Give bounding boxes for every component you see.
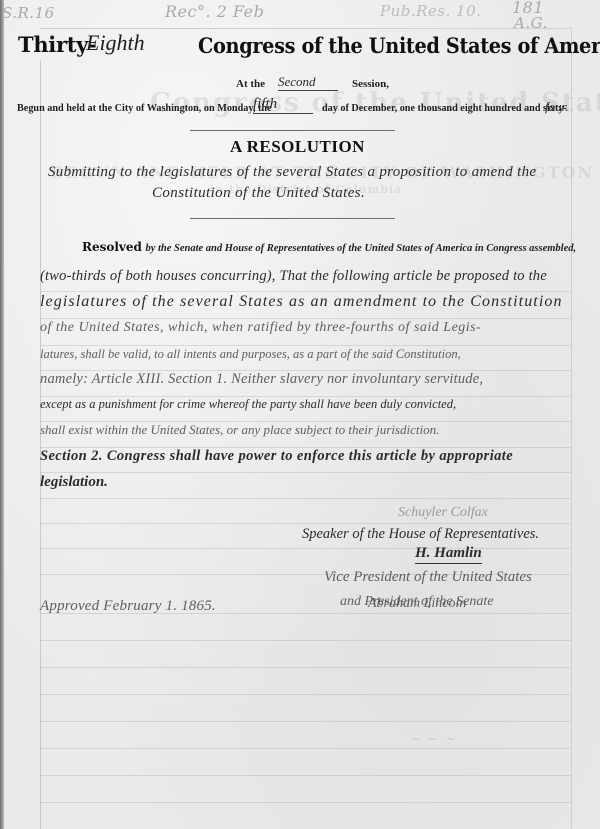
top-rule: [40, 28, 572, 29]
resolved-rest: by the Senate and House of Representativ…: [145, 243, 576, 254]
vice-president-signature: H. Hamlin: [415, 545, 482, 564]
body-line-4: latures, shall be valid, to all intents …: [40, 347, 461, 362]
annotation-sr16: S.R.16: [2, 4, 55, 22]
resolution-heading: A RESOLUTION: [230, 137, 365, 157]
date-text: day of December, one thousand eight hund…: [322, 103, 567, 114]
president-signature: Abraham Lincoln: [368, 596, 466, 612]
ruled-line: [40, 318, 571, 319]
session-suffix: Session,: [352, 78, 389, 90]
heading-top-rule: [190, 130, 395, 131]
ruled-line: [40, 345, 571, 346]
body-line-2: legislatures of the several States as an…: [40, 293, 563, 311]
ruled-line: [40, 748, 571, 749]
ruled-line: [40, 802, 571, 803]
left-margin-line: [40, 60, 41, 829]
annotation-received: Rec°. 2 Feb: [165, 2, 264, 21]
ruled-line: [40, 640, 571, 641]
body-line-3: of the United States, which, when ratifi…: [40, 320, 481, 336]
resolved-word: Resolved: [82, 240, 142, 254]
document-title: Congress of the United States of America…: [198, 33, 600, 58]
ruled-line: [40, 694, 571, 695]
ruled-line: [40, 523, 571, 524]
binding-edge: [0, 0, 4, 829]
ruled-line: [40, 667, 571, 668]
vice-president-title-line-1: Vice President of the United States: [324, 569, 532, 586]
bleed-through-text: ~ ~ ~: [410, 732, 458, 746]
ruled-line: [40, 548, 571, 549]
ruled-line: [40, 721, 571, 722]
begun-text: Begun and held at the City of Washington…: [17, 103, 272, 114]
day-handwritten: fifth: [253, 96, 313, 114]
annotation-pub-res: Pub.Res. 10.: [380, 2, 481, 20]
ruled-line: [40, 498, 571, 499]
speaker-signature: Schuyler Colfax: [398, 505, 488, 521]
resolution-subtitle-line-2: Constitution of the United States.: [152, 185, 365, 202]
congress-number-printed: Thirty-: [18, 32, 96, 57]
body-line-7: shall exist within the United States, or…: [40, 422, 439, 438]
annotation-ag: A.G.: [514, 14, 548, 32]
year-handwritten: four.: [545, 99, 568, 115]
body-line-8: Section 2. Congress shall have power to …: [40, 448, 513, 465]
resolved-clause: Resolved by the Senate and House of Repr…: [82, 240, 576, 254]
body-line-5: namely: Article XIII. Section 1. Neither…: [40, 371, 483, 388]
ruled-line: [40, 472, 571, 473]
ruled-line: [40, 291, 571, 292]
body-line-6: except as a punishment for crime whereof…: [40, 397, 456, 412]
approval-date: Approved February 1. 1865.: [40, 598, 216, 615]
body-line-9: legislation.: [40, 474, 108, 491]
congress-number-handwritten: Eighth: [86, 30, 145, 56]
right-margin-line: [571, 30, 572, 829]
heading-bottom-rule: [190, 218, 395, 219]
session-handwritten: Second: [278, 74, 338, 91]
resolution-subtitle-line-1: Submitting to the legislatures of the se…: [48, 164, 536, 181]
document-page: Congress of the United States BEGUN AND …: [0, 0, 600, 829]
body-line-1: (two-thirds of both houses concurring), …: [40, 268, 547, 285]
session-prefix: At the: [236, 78, 265, 90]
ruled-line: [40, 775, 571, 776]
speaker-title: Speaker of the House of Representatives.: [302, 526, 539, 543]
